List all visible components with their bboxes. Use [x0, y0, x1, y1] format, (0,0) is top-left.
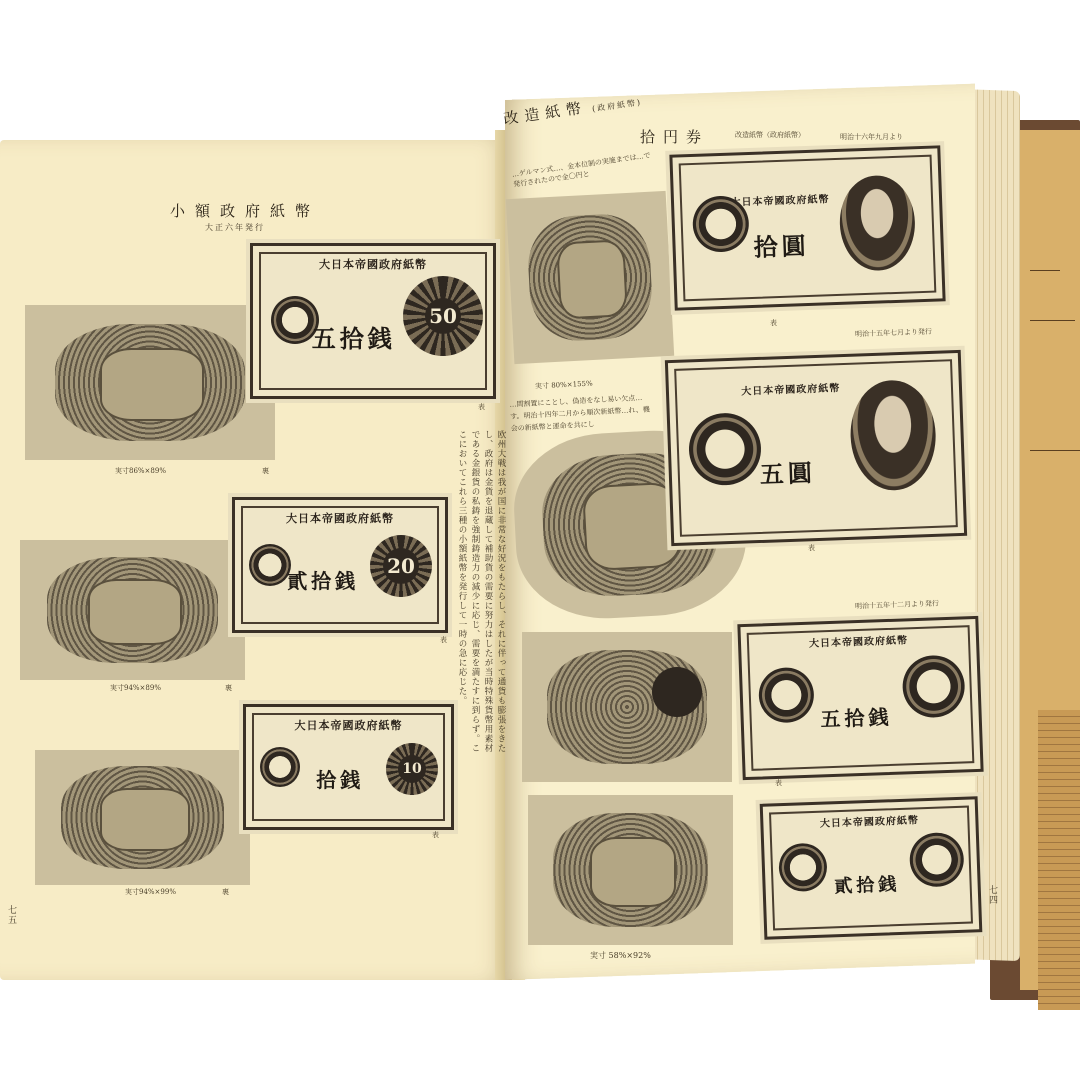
caption-20sen-meiji: 実寸 58%×92% — [590, 950, 651, 961]
endpaper — [1020, 130, 1080, 990]
note-title-10yen: 拾円券 — [640, 126, 709, 147]
label-back-10sen: 裏 — [222, 887, 229, 897]
note-back-50sen-meiji — [522, 632, 732, 782]
left-page-number: 七五 — [4, 905, 17, 925]
note-front-20sen-meiji: 大日本帝國政府紙幣 貳拾銭 — [760, 796, 983, 940]
note-back-20sen — [20, 540, 245, 680]
note-front-20sen: 大日本帝國政府紙幣 20 貳拾銭 — [232, 497, 448, 633]
caption-20sen: 実寸94%×89% — [110, 683, 161, 693]
label-front-20sen: 表 — [440, 635, 447, 645]
right-page-number: 七四 — [985, 885, 998, 905]
left-page-title: 小額政府紙幣 — [170, 200, 320, 221]
note-front-10yen: 大日本帝國政府紙幣 拾圓 — [669, 145, 945, 310]
left-page-body-text: 欧州大戦は我が国に非常な好況をもたらし、それに伴って通貨も膨張をきたし、政府は金… — [455, 430, 507, 760]
issued-10yen: 明治十六年九月より — [840, 132, 903, 142]
label-front-5yen: 表 — [808, 543, 815, 553]
note-back-10yen — [506, 191, 674, 364]
note-back-10sen — [35, 750, 250, 885]
note-front-50sen: 大日本帝國政府紙幣 50 五拾銭 — [250, 243, 496, 399]
label-front-50sen: 表 — [478, 402, 485, 412]
endpaper-illustration — [1038, 710, 1080, 1010]
note-title-note-10yen: 改造紙幣（政府紙幣） — [735, 130, 805, 140]
caption-10sen: 実寸94%×99% — [125, 887, 176, 897]
caption-50sen: 実寸86%×89% — [115, 466, 166, 476]
label-front-10yen: 表 — [770, 318, 777, 328]
note-front-5yen: 大日本帝國政府紙幣 五圓 — [665, 350, 967, 546]
label-front-50sen-meiji: 表 — [775, 778, 782, 788]
note-back-50sen — [25, 305, 275, 460]
label-back-50sen: 裏 — [262, 466, 269, 476]
note-front-50sen-meiji: 大日本帝國政府紙幣 五拾銭 — [737, 616, 983, 780]
label-back-20sen: 裏 — [225, 683, 232, 693]
left-page-subtitle: 大正六年発行 — [205, 222, 265, 233]
note-back-20sen-meiji — [528, 795, 733, 945]
note-front-10sen: 大日本帝國政府紙幣 10 拾銭 — [243, 704, 454, 830]
label-front-10sen: 表 — [432, 830, 439, 840]
right-mid-text: …間割置にことし、偽造をなし易い欠点…す。明治十四年二月から順次新紙幣…れ、機会… — [509, 391, 656, 435]
